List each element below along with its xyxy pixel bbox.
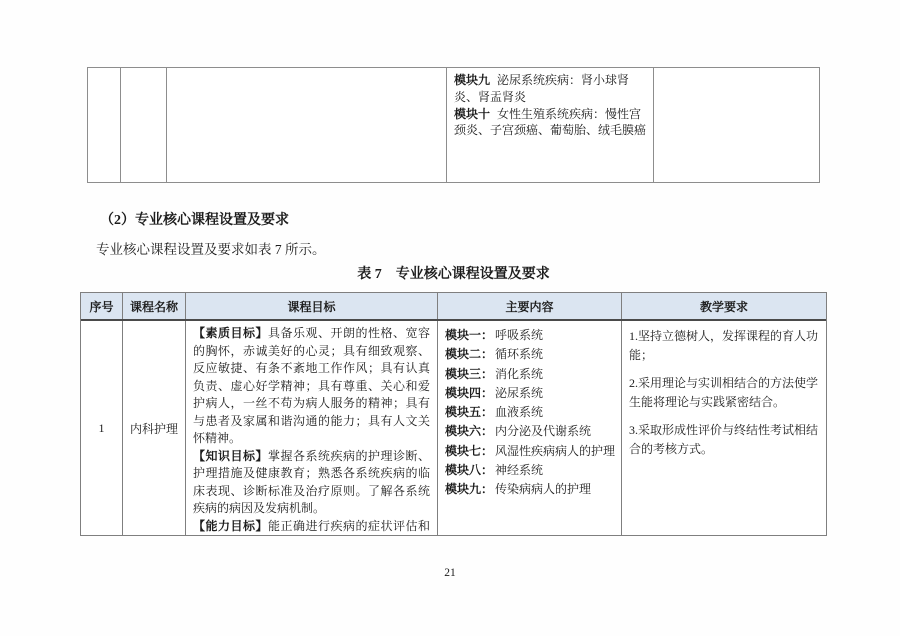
header-course-goals: 课程目标	[186, 293, 438, 319]
module-label: 模块五：	[445, 405, 493, 419]
goal-paragraph: 【素质目标】具备乐观、开朗的性格、宽容的胸怀，赤诚美好的心灵；具有细致观察、反应…	[193, 325, 430, 448]
module-line: 模块八：神经系统	[445, 461, 616, 480]
header-main-contents: 主要内容	[438, 293, 622, 319]
table-row: 1 内科护理 【素质目标】具备乐观、开朗的性格、宽容的胸怀，赤诚美好的心灵；具有…	[81, 321, 826, 535]
header-course-name: 课程名称	[123, 293, 186, 319]
module-line: 模块二：循环系统	[445, 345, 616, 364]
module-line: 模块一：呼吸系统	[445, 326, 616, 345]
module-text: 内分泌及代谢系统	[495, 424, 591, 438]
module-text: 呼吸系统	[495, 328, 543, 342]
previous-table-fragment: 模块九泌尿系统疾病：肾小球肾炎、肾盂肾炎 模块十女性生殖系统疾病：慢性宫颈炎、子…	[87, 67, 820, 183]
module-label: 模块九	[454, 73, 490, 87]
module-text: 风湿性疾病病人的护理	[495, 444, 615, 458]
goal-label: 【素质目标】	[193, 326, 268, 340]
header-index: 序号	[81, 293, 123, 319]
prev-cell-contents: 模块九泌尿系统疾病：肾小球肾炎、肾盂肾炎 模块十女性生殖系统疾病：慢性宫颈炎、子…	[447, 68, 654, 182]
requirement-paragraph: 2.采用理论与实训相结合的方法使学生能将理论与实践紧密结合。	[629, 374, 819, 411]
module-label: 模块一：	[445, 328, 493, 342]
goal-label: 【能力目标】	[193, 519, 268, 533]
goal-paragraph: 【能力目标】能正确进行疾病的症状评估和病史采集；能制定正确、恰当的护理措施；能进…	[193, 518, 430, 536]
prev-cell-course	[121, 68, 167, 182]
module-line: 模块十女性生殖系统疾病：慢性宫颈炎、子宫颈癌、葡萄胎、绒毛膜癌	[454, 106, 647, 140]
document-page: 模块九泌尿系统疾病：肾小球肾炎、肾盂肾炎 模块十女性生殖系统疾病：慢性宫颈炎、子…	[0, 0, 900, 636]
prev-cell-goals	[167, 68, 447, 182]
module-text: 循环系统	[495, 347, 543, 361]
module-text: 消化系统	[495, 367, 543, 381]
cell-index: 1	[81, 321, 123, 535]
section-heading: （2）专业核心课程设置及要求	[100, 209, 289, 229]
module-text: 血液系统	[495, 405, 543, 419]
intro-text: 专业核心课程设置及要求如表 7 所示。	[96, 238, 326, 258]
table-header-row: 序号 课程名称 课程目标 主要内容 教学要求	[81, 293, 826, 321]
prev-cell-index	[88, 68, 121, 182]
table-caption: 表 7 专业核心课程设置及要求	[80, 263, 827, 283]
requirement-paragraph: 1.坚持立德树人，发挥课程的育人功能；	[629, 327, 819, 364]
module-line: 模块九：传染病病人的护理	[445, 480, 616, 499]
module-label: 模块三：	[445, 367, 493, 381]
goal-paragraph: 【知识目标】掌握各系统疾病的护理诊断、护理措施及健康教育；熟悉各系统疾病的临床表…	[193, 448, 430, 518]
module-line: 模块三：消化系统	[445, 365, 616, 384]
module-line: 模块六：内分泌及代谢系统	[445, 422, 616, 441]
module-label: 模块七：	[445, 444, 493, 458]
header-teaching-requirements: 教学要求	[622, 293, 826, 319]
cell-teaching-requirements: 1.坚持立德树人，发挥课程的育人功能； 2.采用理论与实训相结合的方法使学生能将…	[622, 321, 826, 535]
page-number: 21	[0, 567, 900, 579]
module-label: 模块四：	[445, 386, 493, 400]
module-line: 模块四：泌尿系统	[445, 384, 616, 403]
module-line: 模块九泌尿系统疾病：肾小球肾炎、肾盂肾炎	[454, 72, 647, 106]
requirement-paragraph: 3.采取形成性评价与终结性考试相结合的考核方式。	[629, 421, 819, 458]
module-line: 模块七：风湿性疾病病人的护理	[445, 442, 616, 461]
module-line: 模块五：血液系统	[445, 403, 616, 422]
module-label: 模块九：	[445, 482, 493, 496]
module-text: 传染病病人的护理	[495, 482, 591, 496]
cell-course-name: 内科护理	[123, 321, 186, 535]
cell-main-contents: 模块一：呼吸系统 模块二：循环系统 模块三：消化系统 模块四：泌尿系统 模块五：…	[438, 321, 622, 535]
prev-cell-requirements	[654, 68, 819, 182]
module-text: 泌尿系统	[495, 386, 543, 400]
module-label: 模块八：	[445, 463, 493, 477]
module-label: 模块二：	[445, 347, 493, 361]
module-label: 模块六：	[445, 424, 493, 438]
goal-label: 【知识目标】	[193, 449, 268, 463]
cell-course-goals: 【素质目标】具备乐观、开朗的性格、宽容的胸怀，赤诚美好的心灵；具有细致观察、反应…	[186, 321, 438, 535]
core-course-table: 序号 课程名称 课程目标 主要内容 教学要求 1 内科护理 【素质目标】具备乐观…	[80, 292, 827, 536]
module-label: 模块十	[454, 107, 490, 121]
goal-text: 具备乐观、开朗的性格、宽容的胸怀，赤诚美好的心灵；具有细致观察、反应敏捷、有条不…	[193, 326, 430, 445]
module-text: 神经系统	[495, 463, 543, 477]
